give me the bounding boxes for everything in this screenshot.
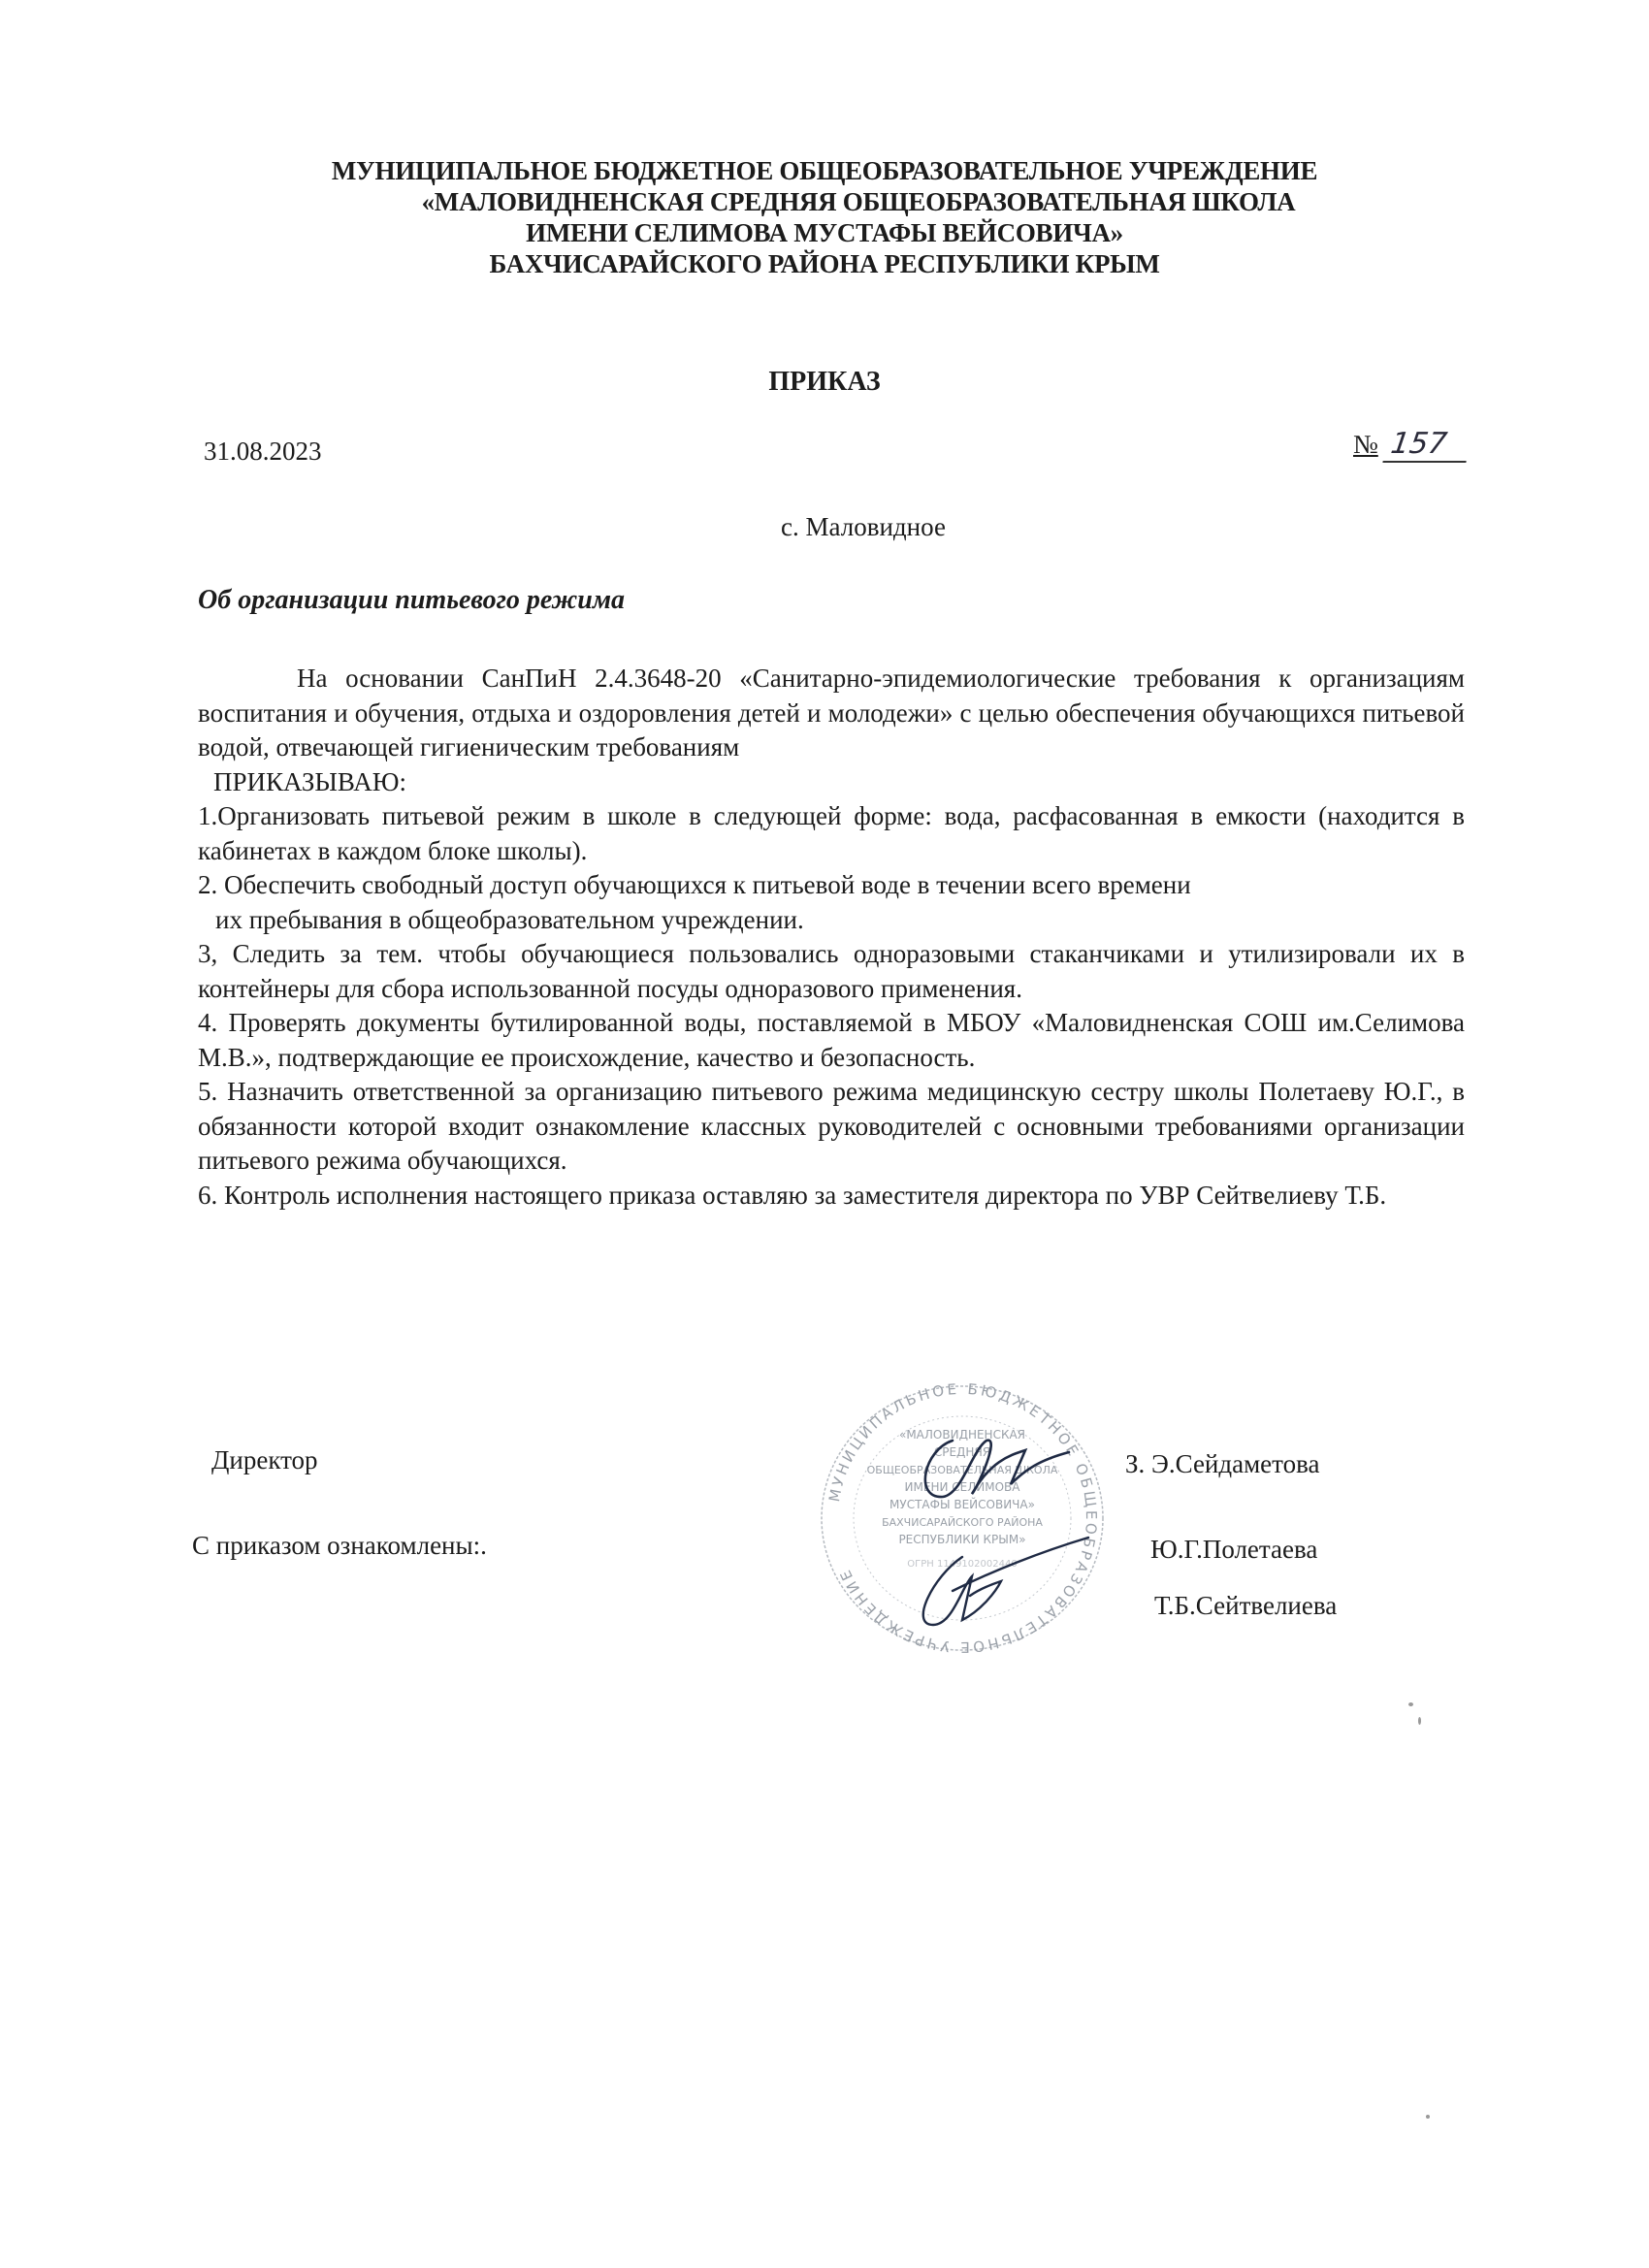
- signature-block: Директор С приказом ознакомлены:. З. Э.С…: [0, 0, 1649, 2268]
- acknowledged-label: С приказом ознакомлены:.: [192, 1531, 487, 1561]
- director-name: З. Э.Сейдаметова: [1125, 1449, 1319, 1479]
- scan-speck: [1426, 2115, 1430, 2119]
- document-page: МУНИЦИПАЛЬНОЕ БЮДЖЕТНОЕ ОБЩЕОБРАЗОВАТЕЛЬ…: [0, 0, 1649, 2268]
- acknowledged-name-1: Ю.Г.Полетаева: [1150, 1535, 1317, 1565]
- stamp-seal-icon: МУНИЦИПАЛЬНОЕ БЮДЖЕТНОЕ ОБЩЕОБРАЗОВАТЕЛЬ…: [817, 1382, 1108, 1654]
- svg-text:МУСТАФЫ ВЕЙСОВИЧА»: МУСТАФЫ ВЕЙСОВИЧА»: [889, 1497, 1035, 1511]
- scan-speck: [1408, 1702, 1413, 1706]
- director-label: Директор: [211, 1445, 318, 1475]
- scan-speck: [1418, 1717, 1421, 1725]
- ack-signature-icon: [923, 1538, 1088, 1625]
- svg-text:РЕСПУБЛИКИ КРЫМ»: РЕСПУБЛИКИ КРЫМ»: [898, 1533, 1025, 1546]
- svg-text:«МАЛОВИДНЕНСКАЯ: «МАЛОВИДНЕНСКАЯ: [899, 1428, 1025, 1442]
- official-stamp: МУНИЦИПАЛЬНОЕ БЮДЖЕТНОЕ ОБЩЕОБРАЗОВАТЕЛЬ…: [817, 1382, 1108, 1654]
- acknowledged-name-2: Т.Б.Сейтвелиева: [1154, 1591, 1337, 1621]
- svg-text:БАХЧИСАРАЙСКОГО РАЙОНА: БАХЧИСАРАЙСКОГО РАЙОНА: [882, 1516, 1043, 1529]
- svg-text:ИМЕНИ СЕЛИМОВА: ИМЕНИ СЕЛИМОВА: [905, 1480, 1021, 1494]
